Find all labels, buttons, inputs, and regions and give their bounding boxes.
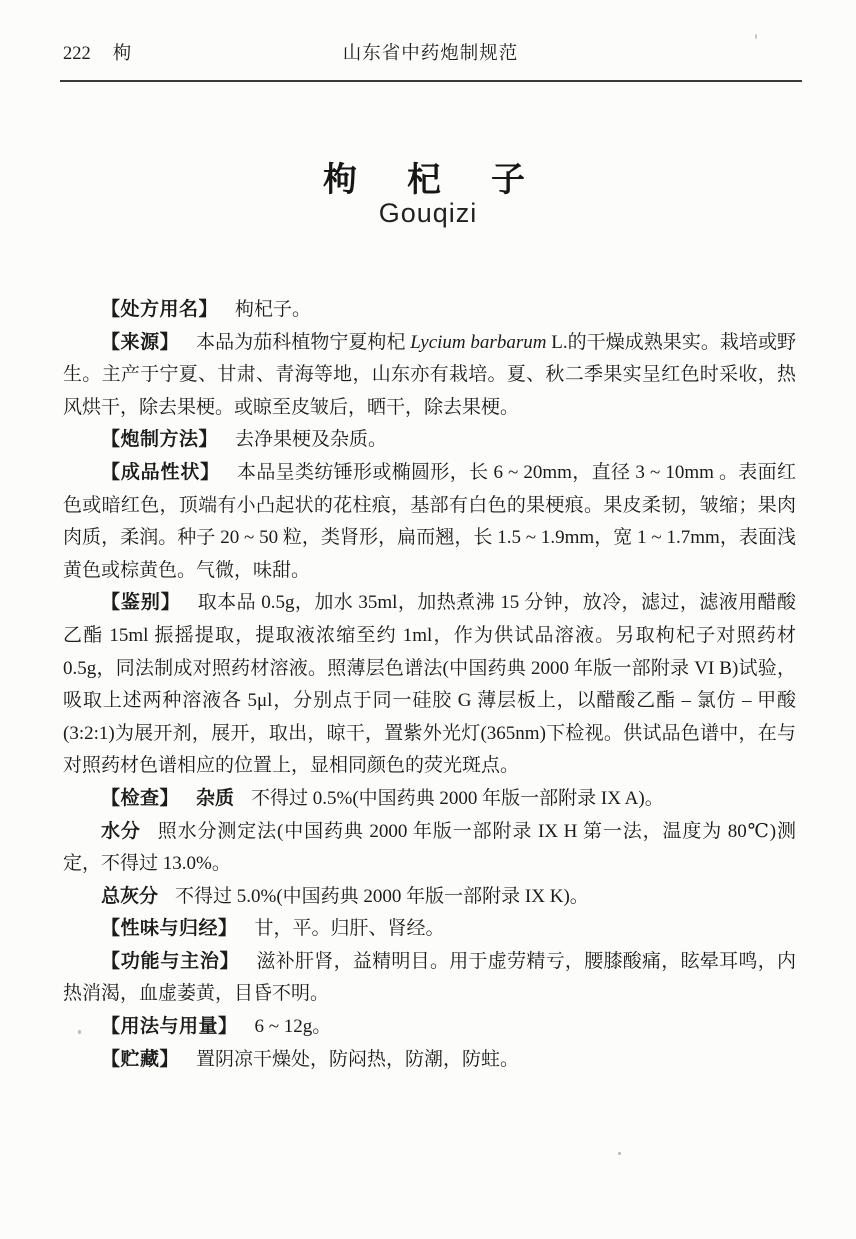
section-sublabel: 杂质: [196, 788, 234, 809]
section-text: 去净果梗及杂质。: [235, 429, 387, 450]
section-function-indication: 【功能与主治】滋补肝肾，益精明目。用于虚劳精亏，腰膝酸痛，眩晕耳鸣，内热消渴，血…: [63, 946, 796, 1011]
section-identification: 【鉴别】取本品 0.5g，加水 35ml，加热煮沸 15 分钟，放冷，滤过，滤液…: [63, 587, 796, 783]
section-source: 【来源】本品为茄科植物宁夏枸杞 Lycium barbarum L.的干燥成熟果…: [63, 327, 796, 425]
section-text: 置阴凉干燥处，防闷热，防潮，防蛀。: [196, 1049, 519, 1070]
section-storage: 【贮藏】置阴凉干燥处，防闷热，防潮，防蛀。: [63, 1044, 796, 1077]
scanned-book-page: 222 枸 山东省中药炮制规范 枸 杞 子 Gouqizi 【处方用名】枸杞子。…: [0, 0, 856, 1239]
section-text: 取本品 0.5g，加水 35ml，加热煮沸 15 分钟，放冷，滤过，滤液用醋酸乙…: [63, 592, 796, 776]
section-label: 【来源】: [101, 332, 179, 353]
header-rule: [60, 80, 802, 82]
section-label: 【贮藏】: [101, 1049, 179, 1070]
section-sublabel: 水分: [101, 821, 141, 842]
section-inspection-total-ash: 总灰分不得过 5.0%(中国药典 2000 年版一部附录 IX K)。: [63, 881, 796, 914]
section-label: 【功能与主治】: [101, 951, 239, 972]
scan-speck: [618, 1152, 621, 1155]
scan-speck: [755, 34, 757, 39]
section-label: 【处方用名】: [101, 299, 218, 320]
section-dosage: 【用法与用量】6 ~ 12g。: [63, 1011, 796, 1044]
section-inspection-impurity: 【检查】杂质不得过 0.5%(中国药典 2000 年版一部附录 IX A)。: [63, 783, 796, 816]
latin-binomial: Lycium barbarum: [410, 332, 546, 353]
running-head: 222 枸 山东省中药炮制规范: [63, 40, 798, 68]
section-text: 不得过 0.5%(中国药典 2000 年版一部附录 IX A)。: [251, 788, 664, 809]
section-label: 【用法与用量】: [101, 1016, 238, 1037]
section-sublabel: 总灰分: [101, 886, 158, 907]
section-label: 【成品性状】: [101, 462, 220, 483]
section-label: 【性味与归经】: [101, 918, 238, 939]
section-text: 6 ~ 12g。: [255, 1016, 332, 1037]
section-text: 甘，平。归肝、肾经。: [255, 918, 445, 939]
section-label: 【鉴别】: [101, 592, 181, 613]
monograph-body: 【处方用名】枸杞子。 【来源】本品为茄科植物宁夏枸杞 Lycium barbar…: [63, 294, 796, 1076]
section-label: 【检查】: [101, 788, 179, 809]
section-product-characters: 【成品性状】本品呈类纺锤形或椭圆形，长 6 ~ 20mm，直径 3 ~ 10mm…: [63, 457, 796, 587]
section-text: 不得过 5.0%(中国药典 2000 年版一部附录 IX K)。: [175, 886, 589, 907]
page-title-pinyin: Gouqizi: [0, 198, 856, 229]
scan-speck: [78, 1030, 81, 1034]
section-text: 照水分测定法(中国药典 2000 年版一部附录 IX H 第一法，温度为 80℃…: [63, 821, 796, 875]
section-inspection-moisture: 水分照水分测定法(中国药典 2000 年版一部附录 IX H 第一法，温度为 8…: [63, 816, 796, 881]
book-title: 山东省中药炮制规范: [63, 40, 798, 68]
page-title: 枸 杞 子: [0, 152, 856, 201]
section-label: 【炮制方法】: [101, 429, 218, 450]
section-property-meridian: 【性味与归经】甘，平。归肝、肾经。: [63, 913, 796, 946]
section-prescription-name: 【处方用名】枸杞子。: [63, 294, 796, 327]
section-text: 枸杞子。: [235, 299, 311, 320]
section-processing-method: 【炮制方法】去净果梗及杂质。: [63, 424, 796, 457]
section-text: 本品为茄科植物宁夏枸杞: [196, 332, 410, 353]
